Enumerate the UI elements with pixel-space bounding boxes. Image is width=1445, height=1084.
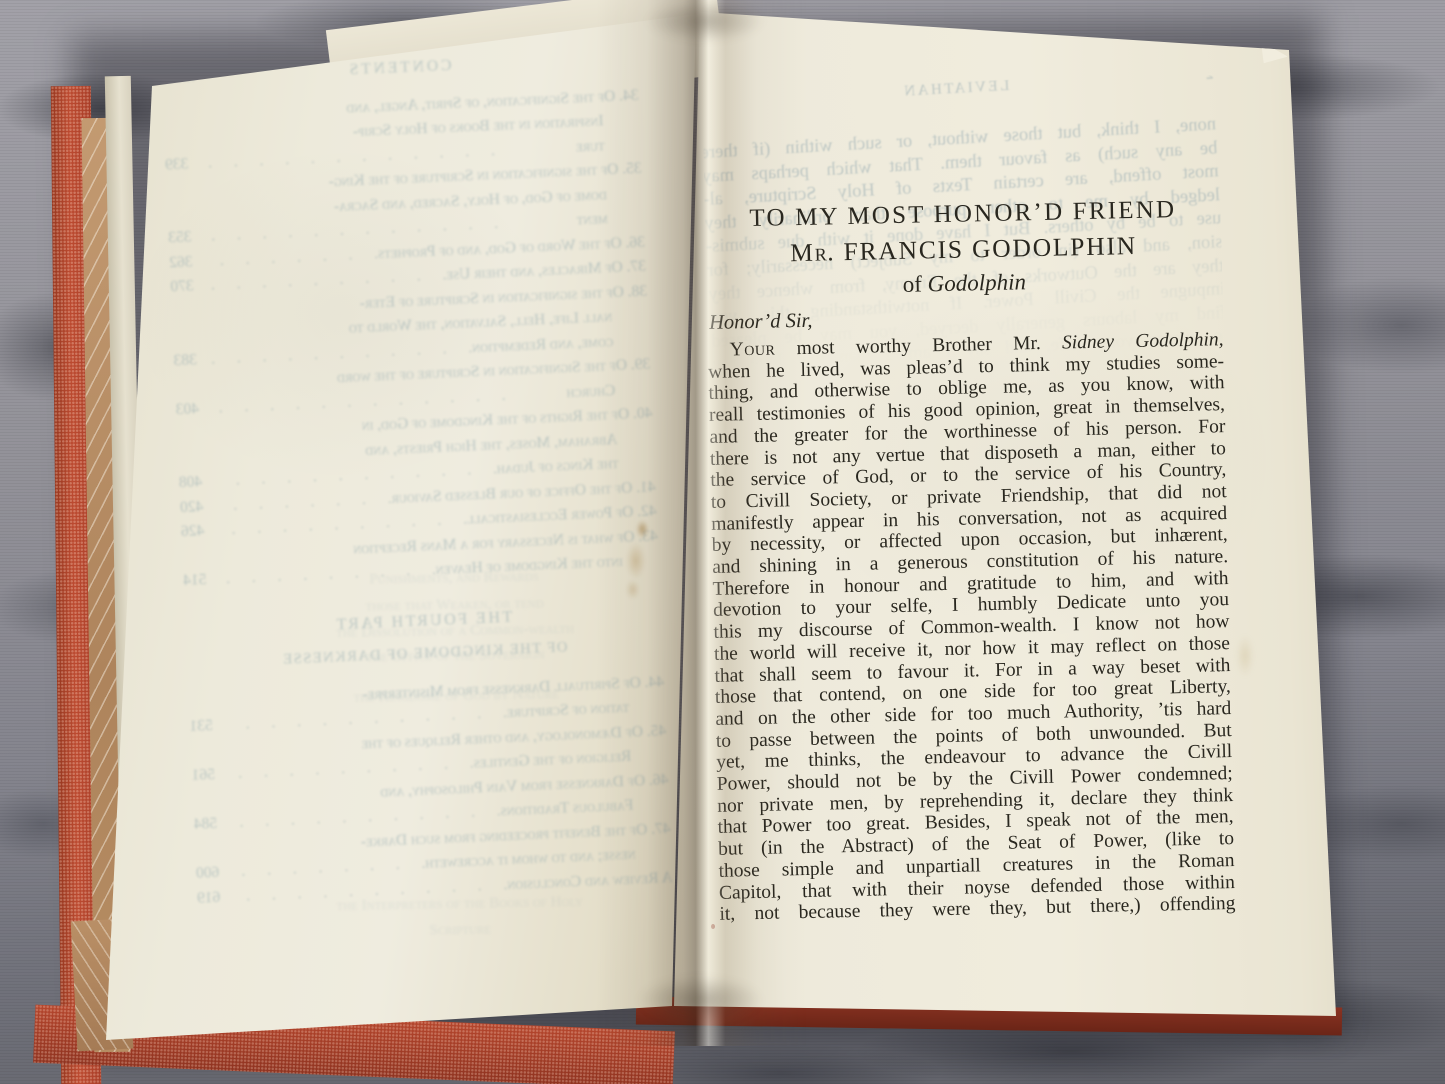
- spacer: [698, 105, 742, 107]
- contents-entry-page: 561: [191, 762, 226, 788]
- contents-entry-page: 403: [175, 396, 210, 422]
- contents-entry-text: ture: [575, 132, 641, 159]
- contents-entry-page: 584: [193, 811, 228, 837]
- contents-entry-page: 420: [180, 494, 215, 520]
- mirrored-contents: CONTENTS xxxi 34. Of the Signification, …: [161, 46, 673, 911]
- contents-entry-page: 600: [195, 860, 230, 886]
- left-page: Punishments, and Rewardsthose that Weake…: [104, 0, 696, 1046]
- verso-running-title: LEVIATHAN: [741, 69, 1169, 110]
- contents-entry-page: 362: [169, 249, 204, 275]
- spacer: [595, 62, 637, 64]
- dedication-salutation: Honor’d Sir,: [709, 310, 813, 335]
- ink-speck: [711, 924, 715, 929]
- contents-entry-page: 619: [197, 885, 232, 911]
- photo-scene: Punishments, and Rewardsthose that Weake…: [0, 0, 1445, 1084]
- contents-showthrough-block: CONTENTS xxxi 34. Of the Signification, …: [168, 50, 666, 907]
- page-stain-small: [1230, 616, 1260, 696]
- right-page: 2 LEVIATHAN none, I think, but those wit…: [674, 0, 1336, 1022]
- contents-entry-page: 370: [170, 274, 205, 300]
- dedication-body: Your most worthy Brother Mr. Sidney Godo…: [707, 329, 1235, 926]
- text-run: Sidney Godolphin,: [1062, 329, 1224, 353]
- gutter-top-shadow: [620, 0, 790, 56]
- contents-entry-page: 514: [183, 567, 218, 593]
- text-run: r: [814, 237, 827, 266]
- gutter-bottom-shadow: [610, 960, 790, 1040]
- text-run: Your: [729, 339, 775, 361]
- text-run: Godolphin: [927, 269, 1026, 296]
- text-run: M: [790, 238, 815, 268]
- verso-page-number: 2: [1169, 66, 1214, 85]
- contents-entry-page: 353: [168, 225, 203, 251]
- verso-header-row: 2 LEVIATHAN: [698, 66, 1214, 112]
- contents-entry-text: Church: [566, 377, 652, 405]
- contents-entry-page: 426: [181, 518, 216, 544]
- contents-entry-page: 408: [178, 470, 213, 496]
- text-run: . FRANCIS GODOLPHIN: [827, 231, 1137, 266]
- right-page-content: 2 LEVIATHAN none, I think, but those wit…: [702, 69, 1218, 80]
- contents-entry-text: ment: [576, 205, 644, 232]
- contents-entry-page: 339: [165, 151, 200, 177]
- contents-entry-page: 383: [173, 347, 208, 373]
- text-run: Honor’d Sir,: [709, 310, 813, 334]
- contents-entries: 34. Of the Signification, of Spirit, Ang…: [162, 83, 673, 910]
- deep-showthrough-fragment: Scripture: [270, 919, 650, 943]
- page-stain: [616, 508, 660, 604]
- contents-entry-page: 531: [189, 713, 224, 739]
- text-run: of: [902, 271, 927, 297]
